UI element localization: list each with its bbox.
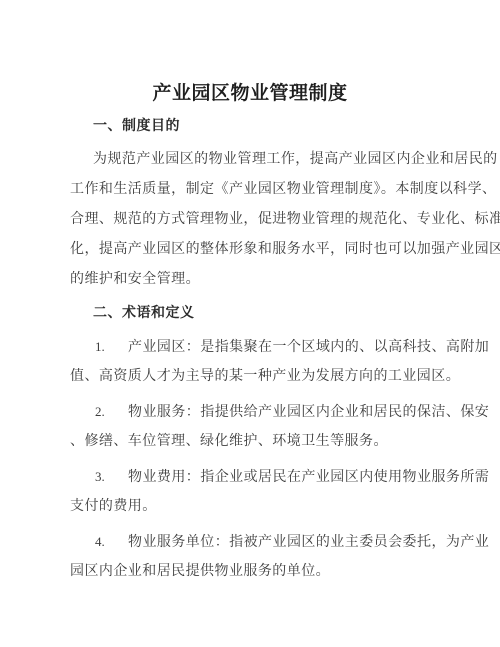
list-item-text: 产业园区：是指集聚在一个区域内的、以高科技、高附加: [128, 340, 489, 355]
document-title: 产业园区物业管理制度: [0, 83, 500, 105]
list-item: 2.物业服务：指提供给产业园区内企业和居民的保洁、保安 、修缮、车位管理、绿化维…: [70, 397, 432, 457]
paragraph-line: 的维护和安全管理。: [70, 265, 432, 295]
paragraph-line: 工作和生活质量，制定《产业园区物业管理制度》。本制度以科学、: [70, 175, 432, 205]
purpose-paragraph: 为规范产业园区的物业管理工作，提高产业园区内企业和居民的 工作和生活质量，制定《…: [70, 145, 432, 295]
list-item-wrap-line: 园区内企业和居民提供物业服务的单位。: [70, 557, 432, 587]
section-heading-terms: 二、术语和定义: [93, 304, 195, 320]
paragraph-line: 化，提高产业园区的整体形象和服务水平，同时也可以加强产业园区: [70, 235, 432, 265]
list-item-first-line: 4.物业服务单位：指被产业园区的业主委员会委托，为产业: [70, 527, 432, 557]
list-item-number: 2.: [95, 397, 128, 427]
list-item: 1.产业园区：是指集聚在一个区域内的、以高科技、高附加 值、高资质人才为主导的某…: [70, 332, 432, 392]
list-item-first-line: 1.产业园区：是指集聚在一个区域内的、以高科技、高附加: [70, 332, 432, 362]
section-heading-purpose: 一、制度目的: [93, 117, 180, 133]
paragraph-line: 合理、规范的方式管理物业，促进物业管理的规范化、专业化、标准: [70, 205, 432, 235]
list-item-text: 物业服务单位：指被产业园区的业主委员会委托，为产业: [128, 535, 489, 550]
list-item: 4.物业服务单位：指被产业园区的业主委员会委托，为产业 园区内企业和居民提供物业…: [70, 527, 432, 587]
list-item-text: 物业费用：指企业或居民在产业园区内使用物业服务所需: [128, 470, 489, 485]
terms-list: 1.产业园区：是指集聚在一个区域内的、以高科技、高附加 值、高资质人才为主导的某…: [70, 332, 432, 592]
paragraph-line: 为规范产业园区的物业管理工作，提高产业园区内企业和居民的: [70, 145, 432, 175]
list-item-text: 物业服务：指提供给产业园区内企业和居民的保洁、保安: [128, 405, 489, 420]
list-item-number: 4.: [95, 527, 128, 557]
list-item-first-line: 2.物业服务：指提供给产业园区内企业和居民的保洁、保安: [70, 397, 432, 427]
document-page: 产业园区物业管理制度 一、制度目的 为规范产业园区的物业管理工作，提高产业园区内…: [0, 0, 500, 647]
list-item-first-line: 3.物业费用：指企业或居民在产业园区内使用物业服务所需: [70, 462, 432, 492]
list-item-wrap-line: 、修缮、车位管理、绿化维护、环境卫生等服务。: [70, 427, 432, 457]
list-item-number: 1.: [95, 332, 128, 362]
list-item-wrap-line: 支付的费用。: [70, 492, 432, 522]
list-item: 3.物业费用：指企业或居民在产业园区内使用物业服务所需 支付的费用。: [70, 462, 432, 522]
list-item-wrap-line: 值、高资质人才为主导的某一种产业为发展方向的工业园区。: [70, 362, 432, 392]
list-item-number: 3.: [95, 462, 128, 492]
